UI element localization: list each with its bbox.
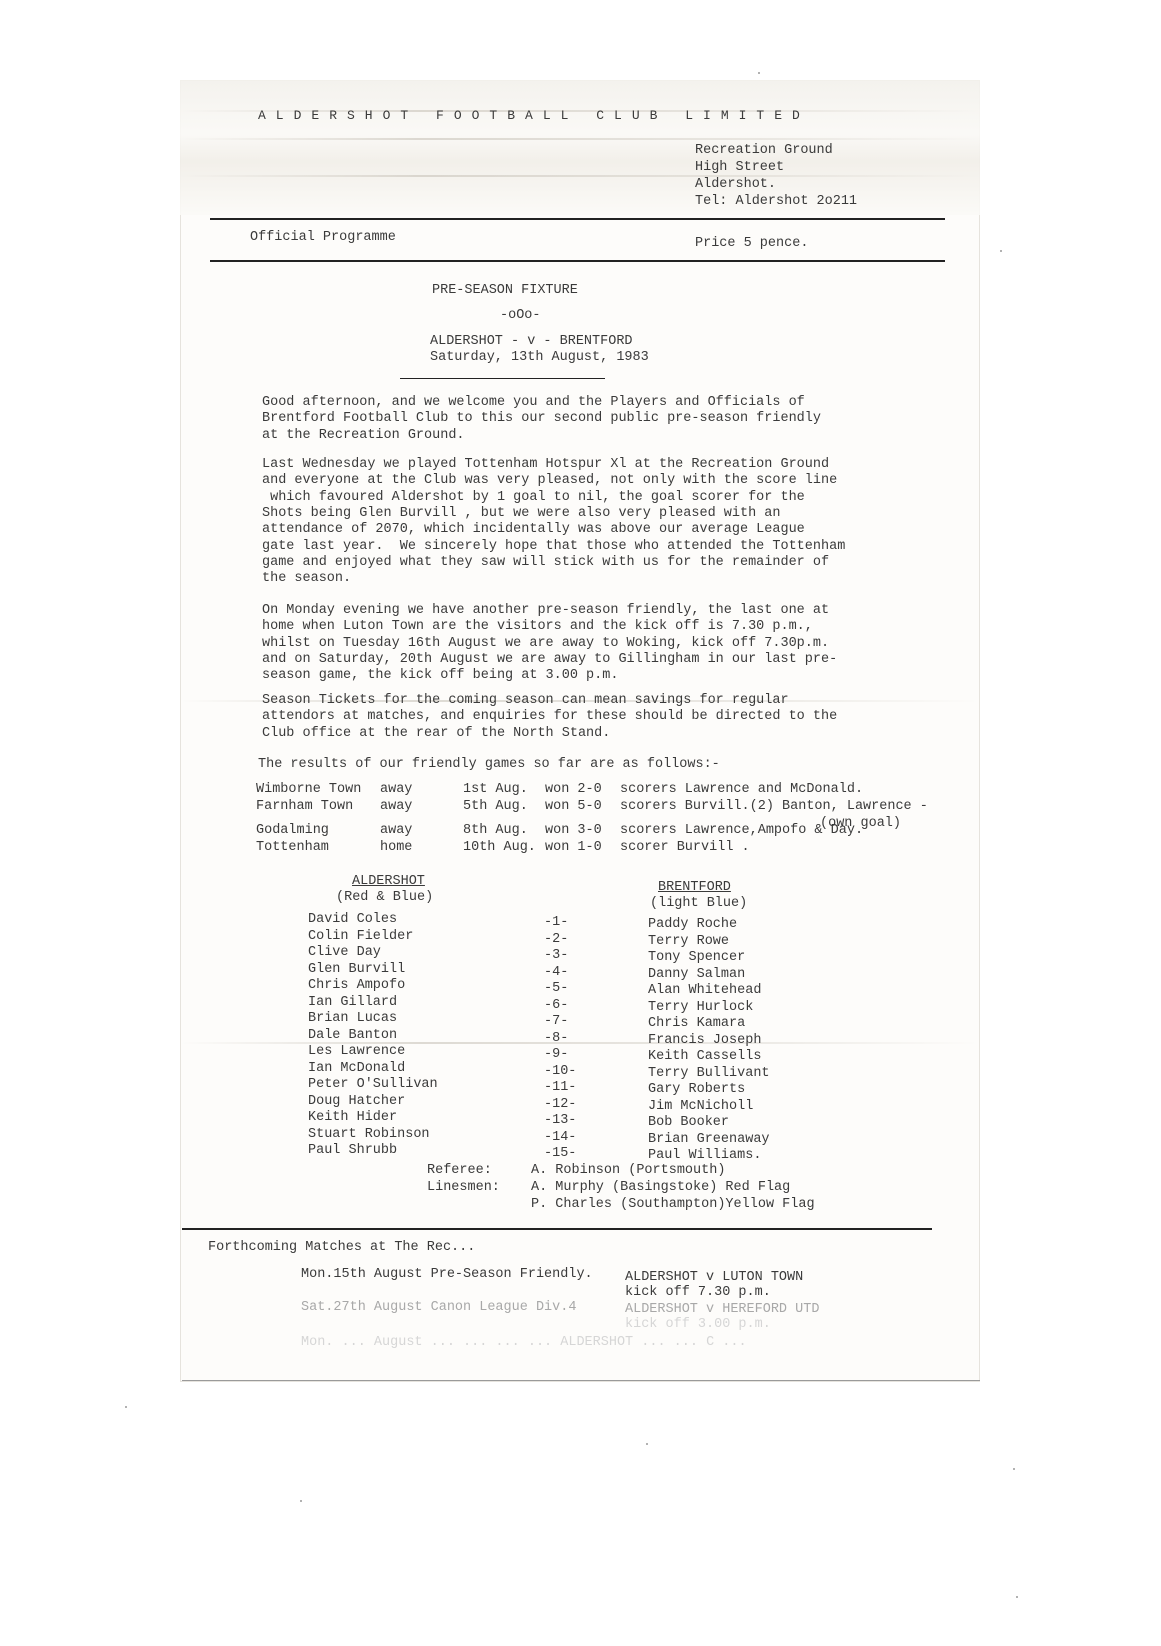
- home-player: Doug Hatcher: [308, 1094, 405, 1110]
- away-player: Chris Kamara: [648, 1016, 745, 1032]
- away-player: Terry Bullivant: [648, 1066, 770, 1082]
- scan-speck: [125, 1406, 127, 1408]
- result-venue: home: [380, 840, 412, 856]
- paragraph-line: home when Luton Town are the visitors an…: [262, 619, 813, 635]
- divider: [400, 378, 605, 379]
- home-player: Keith Hider: [308, 1110, 397, 1126]
- scan-speck: [1000, 250, 1002, 252]
- match-title: ALDERSHOT - v - BRENTFORD: [430, 334, 633, 350]
- home-player: Chris Ampofo: [308, 978, 405, 994]
- paper-crease: [180, 1042, 980, 1044]
- address-line: High Street: [695, 160, 784, 176]
- paragraph-line: Club office at the rear of the North Sta…: [262, 726, 610, 742]
- home-player: Ian Gillard: [308, 995, 397, 1011]
- away-player: Terry Hurlock: [648, 1000, 753, 1016]
- paragraph-line: On Monday evening we have another pre-se…: [262, 603, 829, 619]
- result-date: 5th Aug.: [463, 799, 528, 815]
- shirt-number: -1-: [544, 915, 568, 931]
- home-player: Ian McDonald: [308, 1061, 405, 1077]
- address-line: Tel: Aldershot 2o211: [695, 194, 857, 210]
- address-line: Recreation Ground: [695, 143, 833, 159]
- linesman-1: A. Murphy (Basingstoke) Red Flag: [531, 1180, 790, 1196]
- paragraph-line: season game, the kick off being at 3.00 …: [262, 668, 618, 684]
- shirt-number: -2-: [544, 932, 568, 948]
- away-player: Jim McNicholl: [648, 1099, 753, 1115]
- referee-name: A. Robinson (Portsmouth): [531, 1163, 725, 1179]
- forthcoming-kickoff: kick off 3.00 p.m.: [625, 1317, 771, 1333]
- away-player: Alan Whitehead: [648, 983, 761, 999]
- results-intro: The results of our friendly games so far…: [258, 757, 720, 773]
- home-player: Brian Lucas: [308, 1011, 397, 1027]
- result-date: 8th Aug.: [463, 823, 528, 839]
- scan-speck: [300, 1500, 302, 1502]
- price-label: Price 5 pence.: [695, 236, 808, 252]
- shirt-number: -5-: [544, 981, 568, 997]
- referee-label: Referee:: [427, 1163, 492, 1179]
- separator: -oOo-: [500, 308, 541, 324]
- away-player: Bob Booker: [648, 1115, 729, 1131]
- result-opponent: Godalming: [256, 823, 329, 839]
- paragraph-line: game and enjoyed what they saw will stic…: [262, 555, 829, 571]
- paragraph-line: at the Recreation Ground.: [262, 428, 465, 444]
- divider: [210, 218, 945, 220]
- result-score: won 3-0: [545, 823, 602, 839]
- shirt-number: -11-: [544, 1080, 576, 1096]
- shirt-number: -15-: [544, 1146, 576, 1162]
- forthcoming-fixture: ALDERSHOT v LUTON TOWN: [625, 1270, 803, 1286]
- scan-speck: [758, 72, 760, 74]
- paragraph-line: whilst on Tuesday 16th August we are awa…: [262, 636, 829, 652]
- result-scorers: scorers Burvill.(2) Banton, Lawrence -: [620, 799, 928, 815]
- away-player: Brian Greenaway: [648, 1132, 770, 1148]
- shirt-number: -13-: [544, 1113, 576, 1129]
- result-scorers: scorer Burvill .: [620, 840, 750, 856]
- paragraph-line: Shots being Glen Burvill , but we were a…: [262, 506, 780, 522]
- paragraph-line: the season.: [262, 571, 351, 587]
- paragraph-line: attendance of 2070, which incidentally w…: [262, 522, 805, 538]
- forthcoming-when: Mon.15th August Pre-Season Friendly.: [301, 1267, 593, 1283]
- home-player: Les Lawrence: [308, 1044, 405, 1060]
- forthcoming-when: Sat.27th August Canon League Div.4: [301, 1300, 576, 1316]
- home-player: Clive Day: [308, 945, 381, 961]
- linesman-2: P. Charles (Southampton)Yellow Flag: [531, 1197, 815, 1213]
- away-player: Tony Spencer: [648, 950, 745, 966]
- away-player: Keith Cassells: [648, 1049, 761, 1065]
- home-player: Glen Burvill: [308, 962, 405, 978]
- paragraph-line: and on Saturday, 20th August we are away…: [262, 652, 837, 668]
- result-opponent: Wimborne Town: [256, 782, 361, 798]
- programme-label: Official Programme: [250, 230, 396, 246]
- shirt-number: -6-: [544, 998, 568, 1014]
- paragraph-line: which favoured Aldershot by 1 goal to ni…: [262, 490, 805, 506]
- paper-crease: [180, 138, 980, 140]
- home-player: Colin Fielder: [308, 929, 413, 945]
- match-date: Saturday, 13th August, 1983: [430, 350, 649, 366]
- away-player: Francis Joseph: [648, 1033, 761, 1049]
- shirt-number: -7-: [544, 1014, 568, 1030]
- home-team-name: ALDERSHOT: [352, 874, 425, 890]
- address-line: Aldershot.: [695, 177, 776, 193]
- shirt-number: -12-: [544, 1097, 576, 1113]
- away-team-colours: (light Blue): [650, 896, 747, 912]
- divider: [210, 260, 945, 262]
- away-player: Paul Williams.: [648, 1148, 761, 1164]
- linesmen-label: Linesmen:: [427, 1180, 500, 1196]
- home-player: David Coles: [308, 912, 397, 928]
- paragraph-line: gate last year. We sincerely hope that t…: [262, 539, 845, 555]
- result-score: won 2-0: [545, 782, 602, 798]
- shirt-number: -9-: [544, 1047, 568, 1063]
- result-scorers: scorers Lawrence,Ampofo & Day.: [620, 823, 863, 839]
- paragraph-line: attendors at matches, and enquiries for …: [262, 709, 837, 725]
- away-player: Danny Salman: [648, 967, 745, 983]
- paragraph-line: Last Wednesday we played Tottenham Hotsp…: [262, 457, 829, 473]
- paragraph-line: Good afternoon, and we welcome you and t…: [262, 395, 805, 411]
- home-team-colours: (Red & Blue): [336, 890, 433, 906]
- away-team-name: BRENTFORD: [658, 880, 731, 896]
- result-score: won 5-0: [545, 799, 602, 815]
- paper-crease-texture: [180, 80, 980, 215]
- result-venue: away: [380, 782, 412, 798]
- forthcoming-heading: Forthcoming Matches at The Rec...: [208, 1240, 475, 1256]
- paragraph-line: Brentford Football Club to this our seco…: [262, 411, 821, 427]
- paragraph-line: and everyone at the Club was very please…: [262, 473, 837, 489]
- result-date: 1st Aug.: [463, 782, 528, 798]
- result-score: won 1-0: [545, 840, 602, 856]
- result-scorers: scorers Lawrence and McDonald.: [620, 782, 863, 798]
- scan-speck: [1013, 1468, 1015, 1470]
- shirt-number: -4-: [544, 965, 568, 981]
- shirt-number: -3-: [544, 948, 568, 964]
- fixture-heading: PRE-SEASON FIXTURE: [432, 283, 578, 299]
- forthcoming-kickoff: kick off 7.30 p.m.: [625, 1285, 771, 1301]
- shirt-number: -8-: [544, 1031, 568, 1047]
- scan-speck: [1016, 1596, 1018, 1598]
- away-player: Paddy Roche: [648, 917, 737, 933]
- result-opponent: Tottenham: [256, 840, 329, 856]
- forthcoming-illegible: Mon. ... August ... ... ... ... ALDERSHO…: [301, 1335, 747, 1351]
- result-venue: away: [380, 799, 412, 815]
- away-player: Terry Rowe: [648, 934, 729, 950]
- result-opponent: Farnham Town: [256, 799, 353, 815]
- shirt-number: -10-: [544, 1064, 576, 1080]
- paper-bottom-edge: [182, 1380, 980, 1381]
- paper-crease: [180, 175, 980, 177]
- home-player: Stuart Robinson: [308, 1127, 430, 1143]
- paragraph-line: Season Tickets for the coming season can…: [262, 693, 789, 709]
- result-venue: away: [380, 823, 412, 839]
- home-player: Dale Banton: [308, 1028, 397, 1044]
- divider: [182, 1228, 932, 1230]
- scan-speck: [646, 1443, 648, 1445]
- forthcoming-fixture: ALDERSHOT v HEREFORD UTD: [625, 1302, 819, 1318]
- club-name: ALDERSHOT FOOTBALL CLUB LIMITED: [258, 108, 810, 124]
- home-player: Paul Shrubb: [308, 1143, 397, 1159]
- away-player: Gary Roberts: [648, 1082, 745, 1098]
- result-date: 10th Aug.: [463, 840, 536, 856]
- shirt-number: -14-: [544, 1130, 576, 1146]
- home-player: Peter O'Sullivan: [308, 1077, 438, 1093]
